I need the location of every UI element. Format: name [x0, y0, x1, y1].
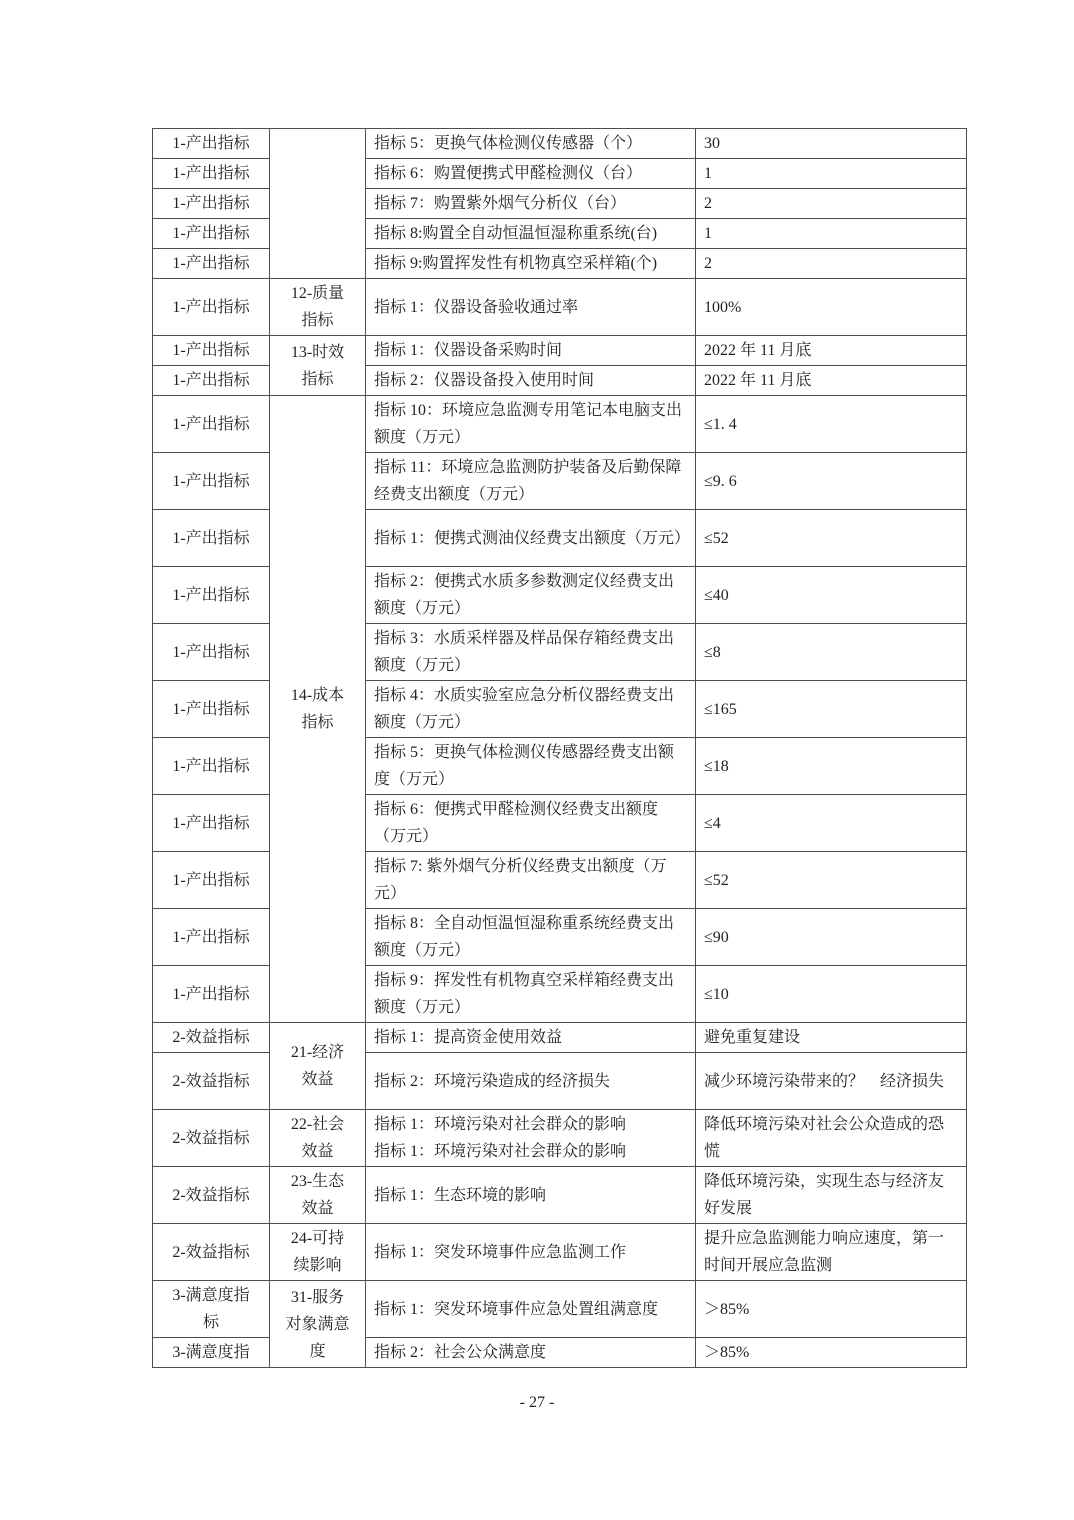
table-cell-indicator: 指标 2：便携式水质多参数测定仪经费支出额度（万元） — [366, 567, 696, 624]
table-cell-indicator: 指标 4：水质实验室应急分析仪器经费支出额度（万元） — [366, 681, 696, 738]
table-cell-level1: 1-产出指标 — [153, 189, 270, 219]
table-cell-value: 30 — [696, 129, 967, 159]
table-cell-value: 2022 年 11 月底 — [696, 366, 967, 396]
table-cell-value: ≤18 — [696, 738, 967, 795]
table-cell-value: 降低环境污染对社会公众造成的恐慌 — [696, 1110, 967, 1167]
table-row: 2-效益指标23-生态 效益指标 1：生态环境的影响降低环境污染，实现生态与经济… — [153, 1167, 967, 1224]
table-cell-value: 1 — [696, 219, 967, 249]
document-page: 1-产出指标指标 5：更换气体检测仪传感器（个）301-产出指标指标 6：购置便… — [0, 0, 1074, 1520]
table-cell-level1: 2-效益指标 — [153, 1224, 270, 1281]
table-cell-value: 100% — [696, 279, 967, 336]
table-cell-indicator: 指标 11：环境应急监测防护装备及后勤保障经费支出额度（万元） — [366, 453, 696, 510]
table-cell-value: ≤40 — [696, 567, 967, 624]
table-cell-indicator: 指标 1：便携式测油仪经费支出额度（万元） — [366, 510, 696, 567]
table-cell-value: ＞85% — [696, 1281, 967, 1338]
table-cell-value: ≤8 — [696, 624, 967, 681]
table-cell-indicator: 指标 7：购置紫外烟气分析仪（台） — [366, 189, 696, 219]
table-cell-sublevel: 13-时效 指标 — [270, 336, 366, 396]
table-cell-indicator: 指标 2：仪器设备投入使用时间 — [366, 366, 696, 396]
table-cell-value: 减少环境污染带来的？ 经济损失 — [696, 1053, 967, 1110]
table-cell-sublevel: 23-生态 效益 — [270, 1167, 366, 1224]
table-cell-indicator: 指标 9：挥发性有机物真空采样箱经费支出额度（万元） — [366, 966, 696, 1023]
table-cell-level1: 1-产出指标 — [153, 159, 270, 189]
table-cell-level1: 1-产出指标 — [153, 129, 270, 159]
table-cell-level1: 1-产出指标 — [153, 624, 270, 681]
table-cell-level1: 1-产出指标 — [153, 852, 270, 909]
table-cell-level1: 1-产出指标 — [153, 279, 270, 336]
table-cell-indicator: 指标 1：突发环境事件应急处置组满意度 — [366, 1281, 696, 1338]
table-cell-level1: 2-效益指标 — [153, 1023, 270, 1053]
table-cell-value: ≤4 — [696, 795, 967, 852]
table-row: 2-效益指标22-社会 效益指标 1：环境污染对社会群众的影响 指标 1：环境污… — [153, 1110, 967, 1167]
table-cell-level1: 1-产出指标 — [153, 681, 270, 738]
table-cell-indicator: 指标 1：环境污染对社会群众的影响 指标 1：环境污染对社会群众的影响 — [366, 1110, 696, 1167]
table-cell-indicator: 指标 10：环境应急监测专用笔记本电脑支出额度（万元） — [366, 396, 696, 453]
table-cell-level1: 1-产出指标 — [153, 396, 270, 453]
table-cell-indicator: 指标 1：提高资金使用效益 — [366, 1023, 696, 1053]
table-cell-indicator: 指标 5：更换气体检测仪传感器经费支出额度（万元） — [366, 738, 696, 795]
table-cell-sublevel: 14-成本 指标 — [270, 396, 366, 1023]
table-cell-value: ≤90 — [696, 909, 967, 966]
table-cell-indicator: 指标 1：仪器设备验收通过率 — [366, 279, 696, 336]
table-row: 2-效益指标21-经济 效益指标 1：提高资金使用效益避免重复建设 — [153, 1023, 967, 1053]
table-row: 2-效益指标24-可持 续影响指标 1：突发环境事件应急监测工作提升应急监测能力… — [153, 1224, 967, 1281]
indicator-table: 1-产出指标指标 5：更换气体检测仪传感器（个）301-产出指标指标 6：购置便… — [152, 128, 967, 1368]
table-cell-indicator: 指标 1：突发环境事件应急监测工作 — [366, 1224, 696, 1281]
table-cell-level1: 2-效益指标 — [153, 1167, 270, 1224]
table-cell-value: ＞85% — [696, 1338, 967, 1368]
table-cell-indicator: 指标 2：社会公众满意度 — [366, 1338, 696, 1368]
table-cell-value: 2022 年 11 月底 — [696, 336, 967, 366]
table-cell-indicator: 指标 5：更换气体检测仪传感器（个） — [366, 129, 696, 159]
table-cell-sublevel: 31-服务 对象满意 度 — [270, 1281, 366, 1368]
table-cell-value: 1 — [696, 159, 967, 189]
table-cell-level1: 1-产出指标 — [153, 510, 270, 567]
table-cell-level1: 3-满意度指 — [153, 1338, 270, 1368]
table-cell-level1: 1-产出指标 — [153, 336, 270, 366]
table-cell-indicator: 指标 9:购置挥发性有机物真空采样箱(个) — [366, 249, 696, 279]
table-cell-indicator: 指标 1：仪器设备采购时间 — [366, 336, 696, 366]
table-cell-indicator: 指标 2：环境污染造成的经济损失 — [366, 1053, 696, 1110]
indicator-table-body: 1-产出指标指标 5：更换气体检测仪传感器（个）301-产出指标指标 6：购置便… — [153, 129, 967, 1368]
table-cell-level1: 2-效益指标 — [153, 1110, 270, 1167]
table-cell-value: 避免重复建设 — [696, 1023, 967, 1053]
table-cell-level1: 1-产出指标 — [153, 366, 270, 396]
table-cell-indicator: 指标 1：生态环境的影响 — [366, 1167, 696, 1224]
table-cell-indicator: 指标 6：购置便携式甲醛检测仪（台） — [366, 159, 696, 189]
table-cell-indicator: 指标 8:购置全自动恒温恒湿称重系统(台) — [366, 219, 696, 249]
table-cell-value: ≤52 — [696, 852, 967, 909]
table-cell-value: ≤9. 6 — [696, 453, 967, 510]
table-cell-sublevel — [270, 129, 366, 279]
table-row: 3-满意度指 标31-服务 对象满意 度指标 1：突发环境事件应急处置组满意度＞… — [153, 1281, 967, 1338]
table-row: 1-产出指标14-成本 指标指标 10：环境应急监测专用笔记本电脑支出额度（万元… — [153, 396, 967, 453]
table-cell-value: 提升应急监测能力响应速度，第一时间开展应急监测 — [696, 1224, 967, 1281]
table-cell-indicator: 指标 3：水质采样器及样品保存箱经费支出额度（万元） — [366, 624, 696, 681]
table-cell-value: ≤10 — [696, 966, 967, 1023]
table-cell-level1: 1-产出指标 — [153, 795, 270, 852]
table-row: 1-产出指标指标 5：更换气体检测仪传感器（个）30 — [153, 129, 967, 159]
table-cell-sublevel: 24-可持 续影响 — [270, 1224, 366, 1281]
table-cell-level1: 1-产出指标 — [153, 567, 270, 624]
page-number: - 27 - — [0, 1394, 1074, 1412]
table-cell-sublevel: 12-质量 指标 — [270, 279, 366, 336]
table-cell-indicator: 指标 6：便携式甲醛检测仪经费支出额度（万元） — [366, 795, 696, 852]
table-cell-indicator: 指标 7: 紫外烟气分析仪经费支出额度（万元） — [366, 852, 696, 909]
table-row: 1-产出指标12-质量 指标指标 1：仪器设备验收通过率100% — [153, 279, 967, 336]
table-cell-level1: 2-效益指标 — [153, 1053, 270, 1110]
table-cell-sublevel: 22-社会 效益 — [270, 1110, 366, 1167]
table-cell-level1: 1-产出指标 — [153, 453, 270, 510]
table-row: 1-产出指标13-时效 指标指标 1：仪器设备采购时间2022 年 11 月底 — [153, 336, 967, 366]
table-cell-level1: 1-产出指标 — [153, 909, 270, 966]
table-cell-value: 降低环境污染，实现生态与经济友好发展 — [696, 1167, 967, 1224]
table-cell-indicator: 指标 8：全自动恒温恒湿称重系统经费支出额度（万元） — [366, 909, 696, 966]
table-cell-value: ≤1. 4 — [696, 396, 967, 453]
table-cell-level1: 1-产出指标 — [153, 249, 270, 279]
table-cell-value: 2 — [696, 249, 967, 279]
table-cell-level1: 1-产出指标 — [153, 966, 270, 1023]
table-cell-sublevel: 21-经济 效益 — [270, 1023, 366, 1110]
table-cell-value: ≤165 — [696, 681, 967, 738]
table-cell-value: 2 — [696, 189, 967, 219]
table-cell-level1: 3-满意度指 标 — [153, 1281, 270, 1338]
table-cell-value: ≤52 — [696, 510, 967, 567]
table-cell-level1: 1-产出指标 — [153, 738, 270, 795]
table-cell-level1: 1-产出指标 — [153, 219, 270, 249]
